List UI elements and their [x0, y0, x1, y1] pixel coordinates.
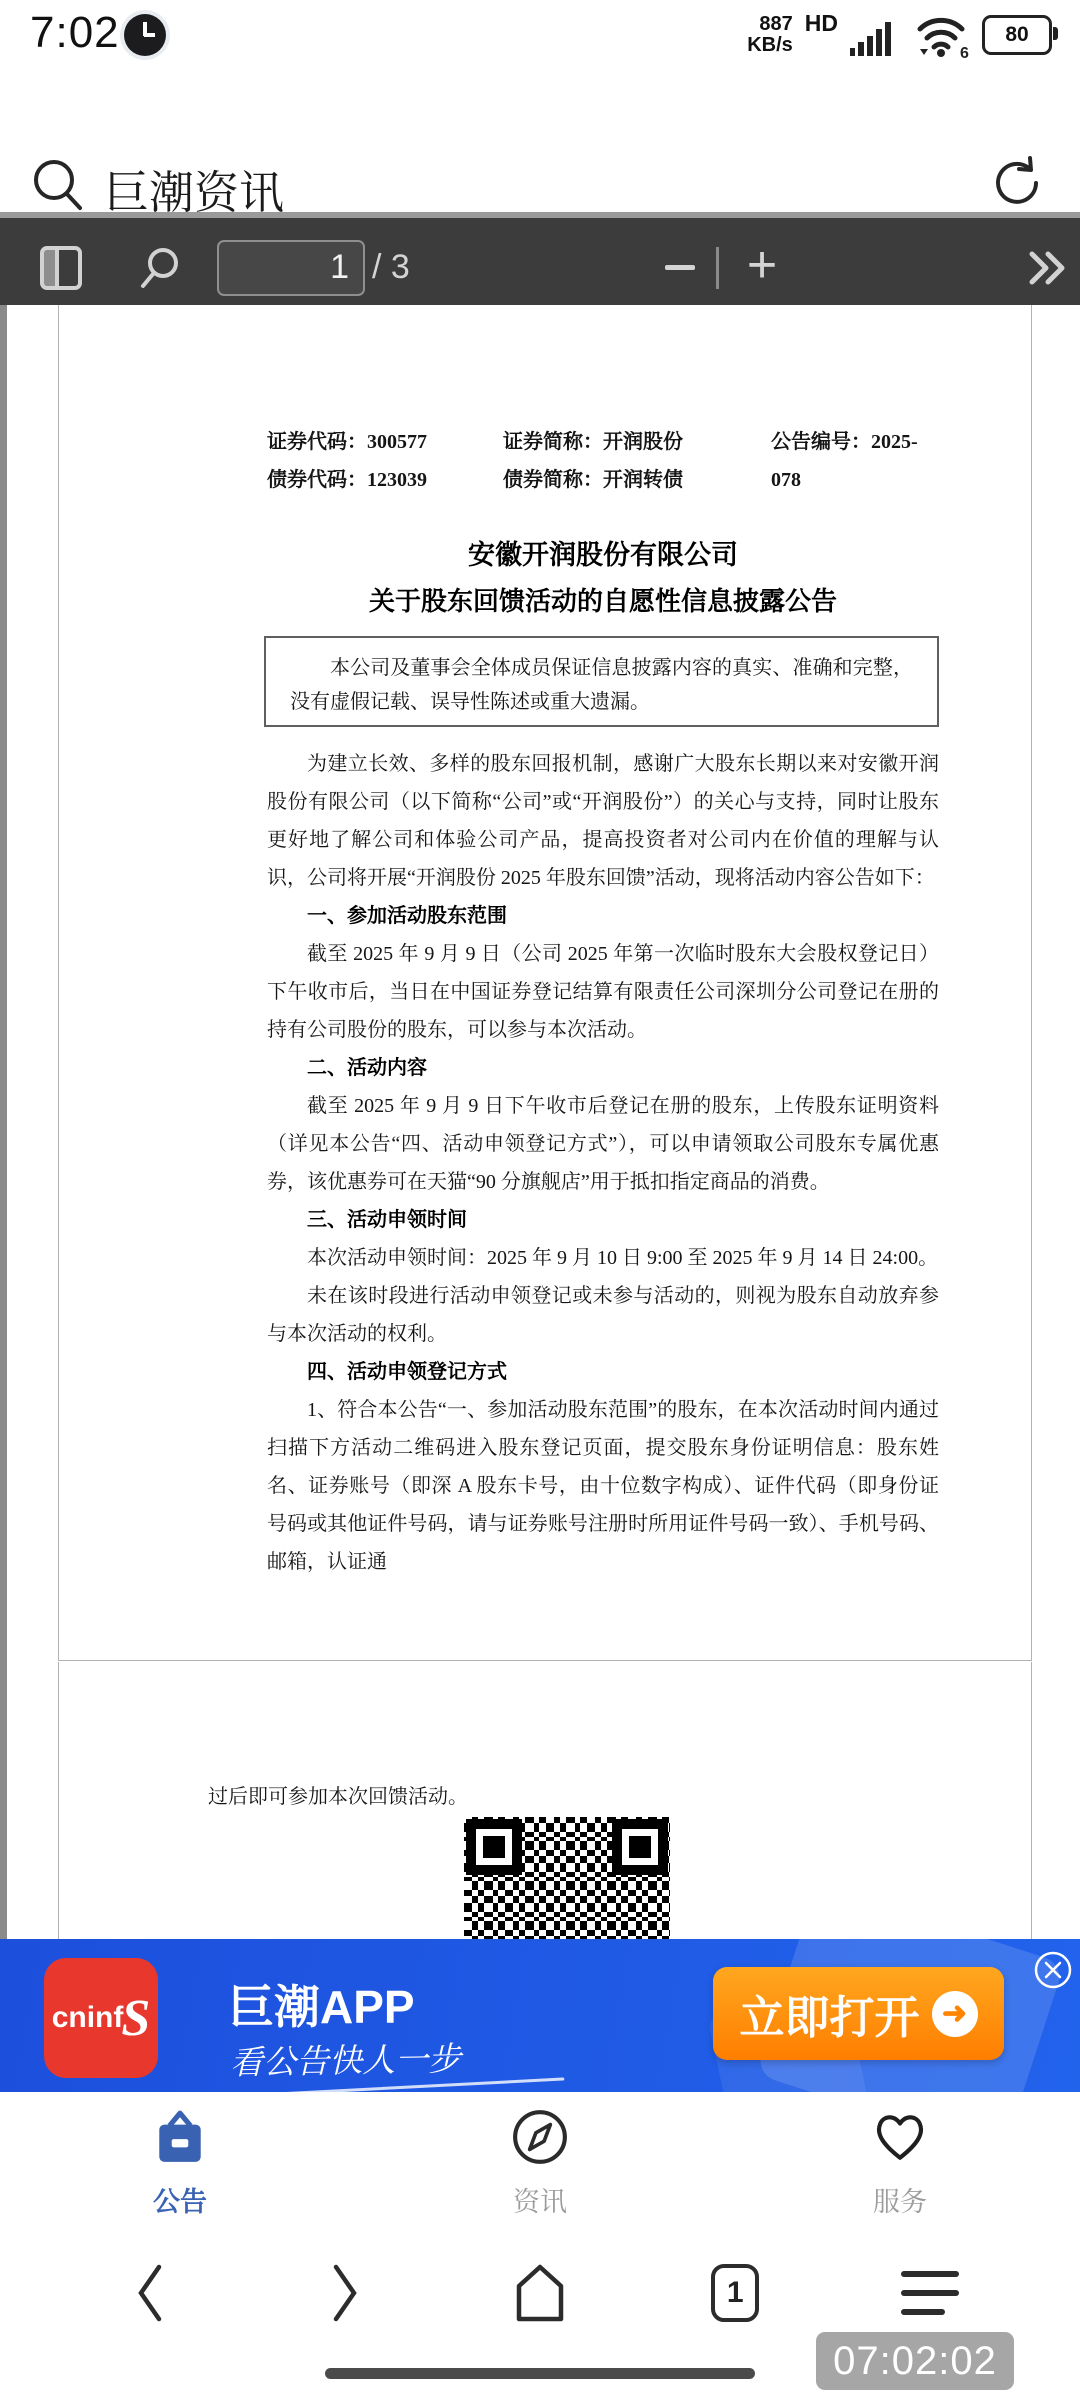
doc-notice-box: 本公司及董事会全体成员保证信息披露内容的真实、准确和完整，没有虚假记载、误导性陈…: [264, 636, 939, 727]
status-bar: 7:02 887 KB/s HD 6 80: [0, 0, 1080, 70]
screen-recording-timer[interactable]: 07:02:02: [816, 2332, 1014, 2390]
close-banner-icon[interactable]: [1032, 1949, 1074, 1991]
tab-services[interactable]: 服务: [720, 2092, 1080, 2245]
refresh-icon[interactable]: [986, 152, 1048, 214]
doc-heading: 四、活动申领登记方式: [267, 1353, 939, 1391]
qr-finder-icon: [466, 1819, 522, 1875]
doc-body: 为建立长效、多样的股东回报机制，感谢广大股东长期以来对安徽开润股份有限公司（以下…: [267, 745, 939, 1581]
pdf-viewer[interactable]: 证券代码：300577 证券简称：开润股份 公告编号：2025-078 债券代码…: [0, 305, 1080, 1939]
qr-finder-icon: [612, 1819, 668, 1875]
doc-title: 安徽开润股份有限公司: [267, 533, 939, 572]
doc-paragraph: 截至 2025 年 9 月 9 日下午收市后登记在册的股东，上传股东证明资料（详…: [267, 1087, 939, 1201]
chevron-left-icon: [133, 2261, 167, 2325]
arrow-right-icon: ➜: [932, 1991, 978, 2037]
tab-announcements[interactable]: 公告: [0, 2092, 360, 2245]
app-promo-banner[interactable]: cninfS 巨潮APP 看公告快人一步 立即打开 ➜: [0, 1939, 1080, 2092]
doc-heading: 三、活动申领时间: [267, 1201, 939, 1239]
battery-icon: 80: [982, 15, 1052, 55]
doc-header: 证券代码：300577 证券简称：开润股份 公告编号：2025-078 债券代码…: [267, 423, 939, 499]
compass-icon: [511, 2108, 569, 2166]
alarm-clock-icon: [124, 14, 166, 56]
doc-heading: 二、活动内容: [267, 1049, 939, 1087]
browser-nav-bar: 1: [0, 2245, 1080, 2340]
home-button[interactable]: [500, 2253, 580, 2333]
page-total-label: / 3: [372, 224, 410, 311]
minus-icon: [665, 265, 695, 270]
search-icon[interactable]: [28, 154, 90, 216]
viewer-background-strip: [0, 305, 7, 1939]
network-speed: 887 KB/s: [747, 14, 793, 56]
home-icon: [513, 2262, 567, 2324]
doc-paragraph: 未在该时段进行活动申领登记或未参与活动的，则视为股东自动放弃参与本次活动的权利。: [267, 1277, 939, 1353]
app-tab-bar: 公告 资讯 服务: [0, 2092, 1080, 2245]
sidebar-toggle-button[interactable]: [38, 224, 84, 311]
tab-count-box: 1: [711, 2264, 759, 2322]
gesture-bar[interactable]: [325, 2368, 755, 2379]
toolbar-more-button[interactable]: [1016, 224, 1076, 311]
zoom-out-button[interactable]: [652, 224, 708, 311]
announcement-icon: [151, 2108, 209, 2166]
tab-news[interactable]: 资讯: [360, 2092, 720, 2245]
bond-name: 债券简称：开润转债: [503, 461, 683, 499]
sidebar-toggle-icon: [39, 245, 83, 291]
pdf-page-1: 证券代码：300577 证券简称：开润股份 公告编号：2025-078 债券代码…: [58, 305, 1032, 1661]
menu-button[interactable]: [890, 2253, 970, 2333]
forward-button[interactable]: [305, 2253, 385, 2333]
logo-s-glyph: S: [121, 1989, 150, 2048]
doc-subtitle: 关于股东回馈活动的自愿性信息披露公告: [267, 581, 939, 618]
doc-paragraph: 为建立长效、多样的股东回报机制，感谢广大股东长期以来对安徽开润股份有限公司（以下…: [267, 745, 939, 897]
doc-heading: 一、参加活动股东范围: [267, 897, 939, 935]
app-name: 巨潮APP: [228, 1971, 415, 2037]
heart-icon: [871, 2108, 929, 2166]
zoom-in-button[interactable]: +: [732, 224, 792, 311]
cninfo-logo: cninfS: [44, 1958, 158, 2078]
tab-label: 公告: [153, 2180, 207, 2219]
doc-paragraph: 本次活动申领时间：2025 年 9 月 10 日 9:00 至 2025 年 9…: [267, 1239, 939, 1277]
tab-label: 服务: [873, 2180, 927, 2219]
tab-label: 资讯: [513, 2180, 567, 2219]
wifi6-icon: 6: [912, 11, 970, 59]
tabs-button[interactable]: 1: [695, 2253, 775, 2333]
svg-text:6: 6: [960, 45, 969, 59]
doc-paragraph: 截至 2025 年 9 月 9 日（公司 2025 年第一次临时股东大会股权登记…: [267, 935, 939, 1049]
hd-badge: HD: [805, 10, 838, 37]
page-number-field[interactable]: [217, 224, 365, 311]
browser-search-bar[interactable]: 巨潮资讯: [0, 70, 1080, 212]
toolbar-divider: [716, 224, 719, 311]
open-app-button[interactable]: 立即打开 ➜: [713, 1967, 1004, 2060]
chevron-right-icon: [328, 2261, 362, 2325]
pdf-toolbar: / 3 +: [0, 212, 1080, 305]
bond-code: 债券代码：123039: [267, 469, 427, 491]
pdf-search-icon: [137, 244, 183, 292]
app-slogan: 看公告快人一步: [230, 2033, 462, 2084]
back-button[interactable]: [110, 2253, 190, 2333]
status-time: 7:02: [30, 8, 120, 58]
security-code: 证券代码：300577: [267, 431, 427, 453]
signal-bars-icon: [850, 12, 900, 58]
menu-icon: [901, 2271, 959, 2315]
pdf-find-button[interactable]: [134, 224, 186, 311]
security-name: 证券简称：开润股份: [503, 423, 683, 461]
double-chevron-right-icon: [1024, 246, 1068, 290]
doc-continuation-text: 过后即可参加本次回馈活动。: [208, 1780, 468, 1809]
page-number-input[interactable]: [217, 240, 365, 296]
doc-paragraph: 1、符合本公告“一、参加活动股东范围”的股东，在本次活动时间内通过扫描下方活动二…: [267, 1391, 939, 1581]
